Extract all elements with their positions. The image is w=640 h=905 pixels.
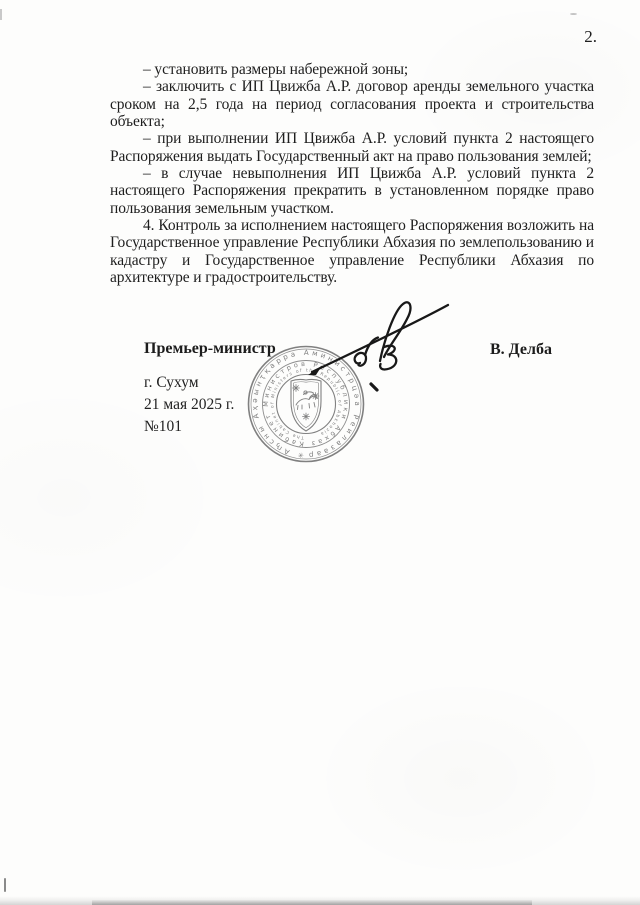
signature-arrow-tip (308, 366, 322, 376)
body-line: настоящего Распоряжения прекратить в уст… (110, 182, 594, 199)
document-date: 21 мая 2025 г. (144, 396, 234, 414)
body-line: 4. Контроль за исполнением настоящего Ра… (110, 217, 594, 234)
scan-artifact-speck (570, 13, 577, 15)
document-place: г. Сухум (144, 374, 199, 392)
scan-artifact-bottom-strip (92, 900, 532, 905)
body-line: Распоряжения выдать Государственный акт … (110, 148, 594, 165)
document-body: – установить размеры набережной зоны; – … (110, 61, 594, 286)
body-line: пользования земельным участком. (110, 200, 594, 217)
body-line: – установить размеры набережной зоны; (110, 61, 594, 78)
scan-artifact-corner-tick (0, 9, 2, 20)
page-number: 2. (584, 27, 597, 47)
body-line: Государственное управление Республики Аб… (110, 234, 594, 251)
handwritten-signature (280, 293, 460, 403)
document-page: 2. – установить размеры набережной зоны;… (0, 0, 640, 905)
body-line: – при выполнении ИП Цвижба А.Р. условий … (110, 130, 594, 147)
body-line: кадастру и Государственное управление Ре… (110, 252, 594, 269)
scan-artifact-left-dash (4, 878, 6, 892)
document-number: №101 (144, 418, 182, 436)
body-line: – в случае невыполнения ИП Цвижба А.Р. у… (110, 165, 594, 182)
body-line: – заключить с ИП Цвижба А.Р. договор аре… (110, 78, 594, 95)
body-line: архитектуре и градостроительству. (110, 269, 594, 286)
body-line: сроком на 2,5 года на период согласовани… (110, 96, 594, 113)
signer-name: В. Делба (490, 341, 552, 359)
body-line: объекта; (110, 113, 594, 130)
